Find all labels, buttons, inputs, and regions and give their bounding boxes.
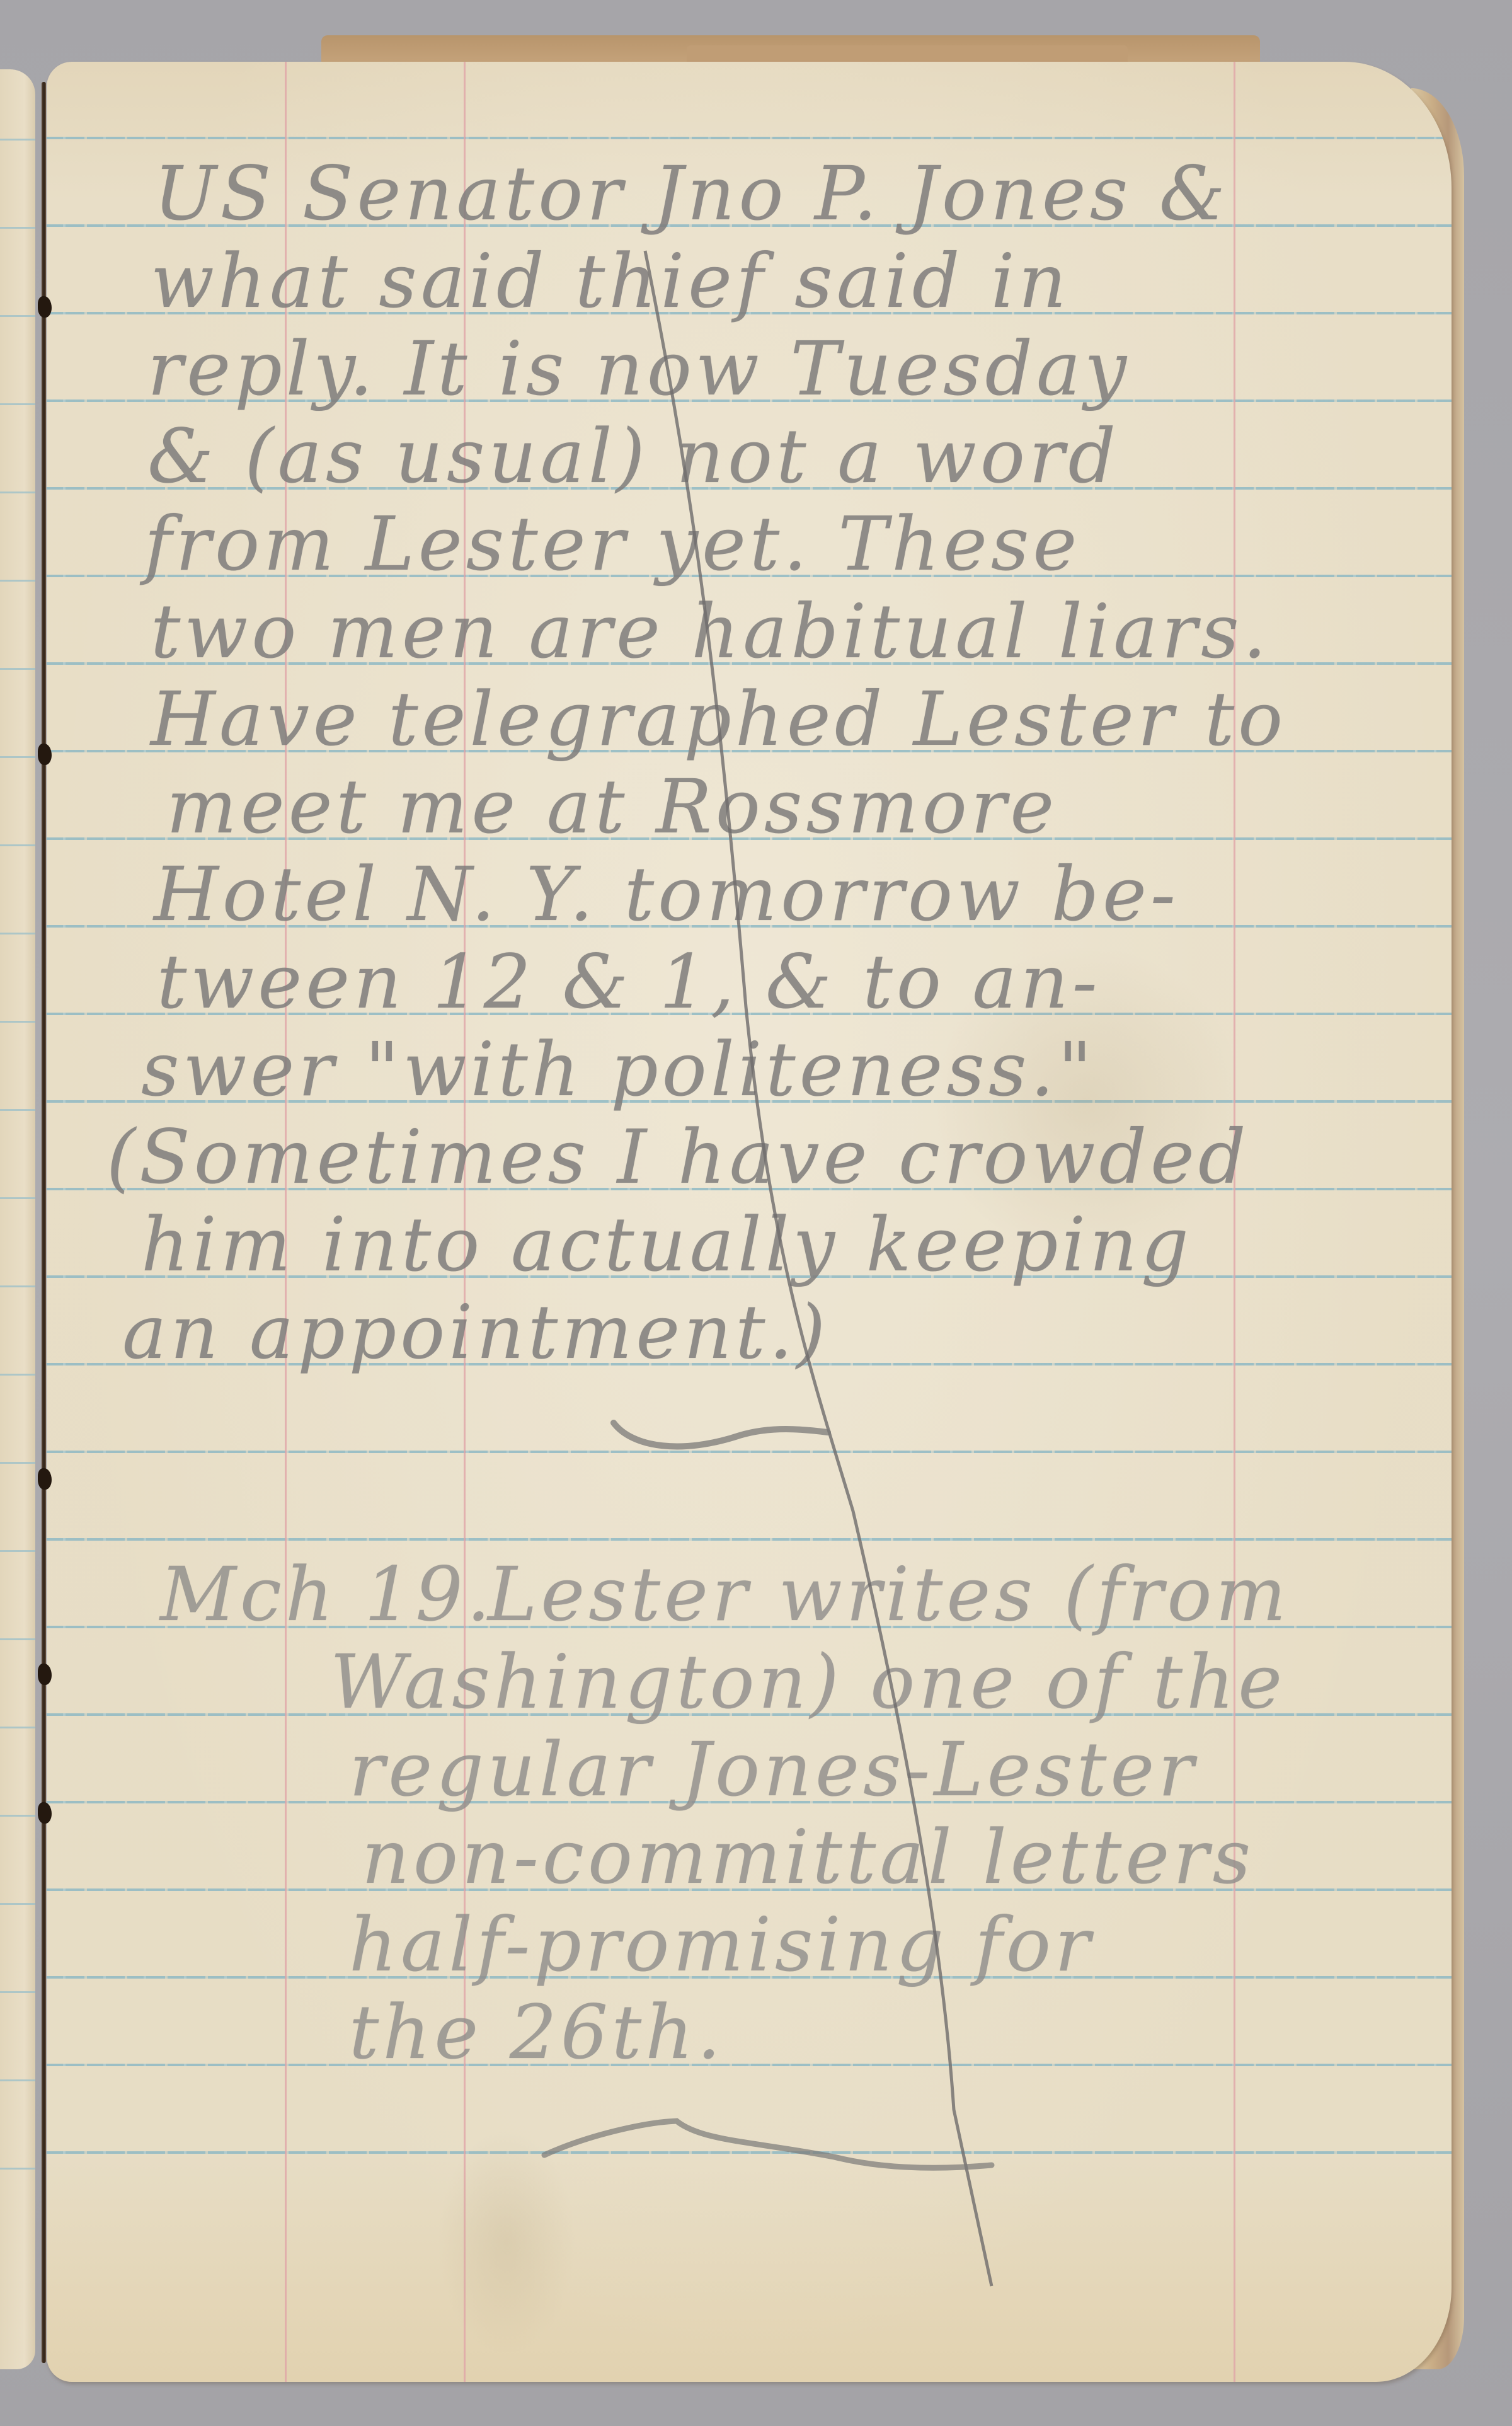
binding-hole: [38, 1468, 52, 1490]
entry-2-line-2: Washington) one of the: [330, 1645, 1286, 1719]
entry-2-line-3: regular Jones-Lester: [349, 1732, 1198, 1807]
entry-1-line-13: him into actually keeping: [141, 1207, 1193, 1282]
entry-1-line-6: two men are habitual liars.: [151, 594, 1270, 669]
entry-1-line-1: US Senator Jno P. Jones &: [154, 156, 1229, 231]
entry-2-line-1: Lester writes (from: [488, 1557, 1290, 1631]
ruled-line: [47, 137, 1452, 139]
entry-1-line-2: what said thief said in: [151, 244, 1070, 318]
paper-stain: [437, 2129, 576, 2355]
entry-1-line-4: & (as usual) not a word: [147, 419, 1120, 493]
entry-1-line-9: Hotel N. Y. tomorrow be-: [154, 857, 1179, 931]
entry-1-line-12: (Sometimes I have crowded: [106, 1120, 1250, 1194]
separator-flourish-2: [544, 2121, 992, 2168]
binding-gutter: [42, 82, 46, 2363]
ruled-line: [47, 1538, 1452, 1541]
binding-hole: [38, 296, 52, 318]
entry-2-line-6: the 26th.: [349, 1995, 724, 2069]
previous-page-edge: [0, 69, 35, 2369]
binding-hole: [38, 1664, 52, 1685]
entry-1-line-10: tween 12 & 1, & to an-: [157, 945, 1101, 1019]
entry-1-line-5: from Lester yet. These: [144, 507, 1080, 581]
entry-1-line-11: swer "with politeness.": [141, 1032, 1096, 1107]
margin-line-right: [1234, 62, 1235, 2382]
binding-hole: [38, 744, 52, 765]
separator-flourish-1: [614, 1423, 828, 1446]
entry-2-date: Mch 19.: [160, 1557, 494, 1631]
entry-1-line-7: Have telegraphed Lester to: [151, 682, 1286, 756]
ruled-line: [47, 2151, 1452, 2154]
notebook-page: US Senator Jno P. Jones & what said thie…: [47, 62, 1452, 2382]
entry-1-line-3: reply. It is now Tuesday: [147, 331, 1130, 406]
entry-2-line-4: non-committal letters: [362, 1820, 1254, 1894]
ruled-line: [47, 1451, 1452, 1453]
entry-1-line-8: meet me at Rossmore: [166, 769, 1058, 844]
entry-2-line-5: half-promising for: [349, 1907, 1094, 1982]
ruled-line: [47, 2064, 1452, 2066]
binding-hole: [38, 1802, 52, 1824]
entry-1-line-14: an appointment.): [122, 1295, 829, 1369]
